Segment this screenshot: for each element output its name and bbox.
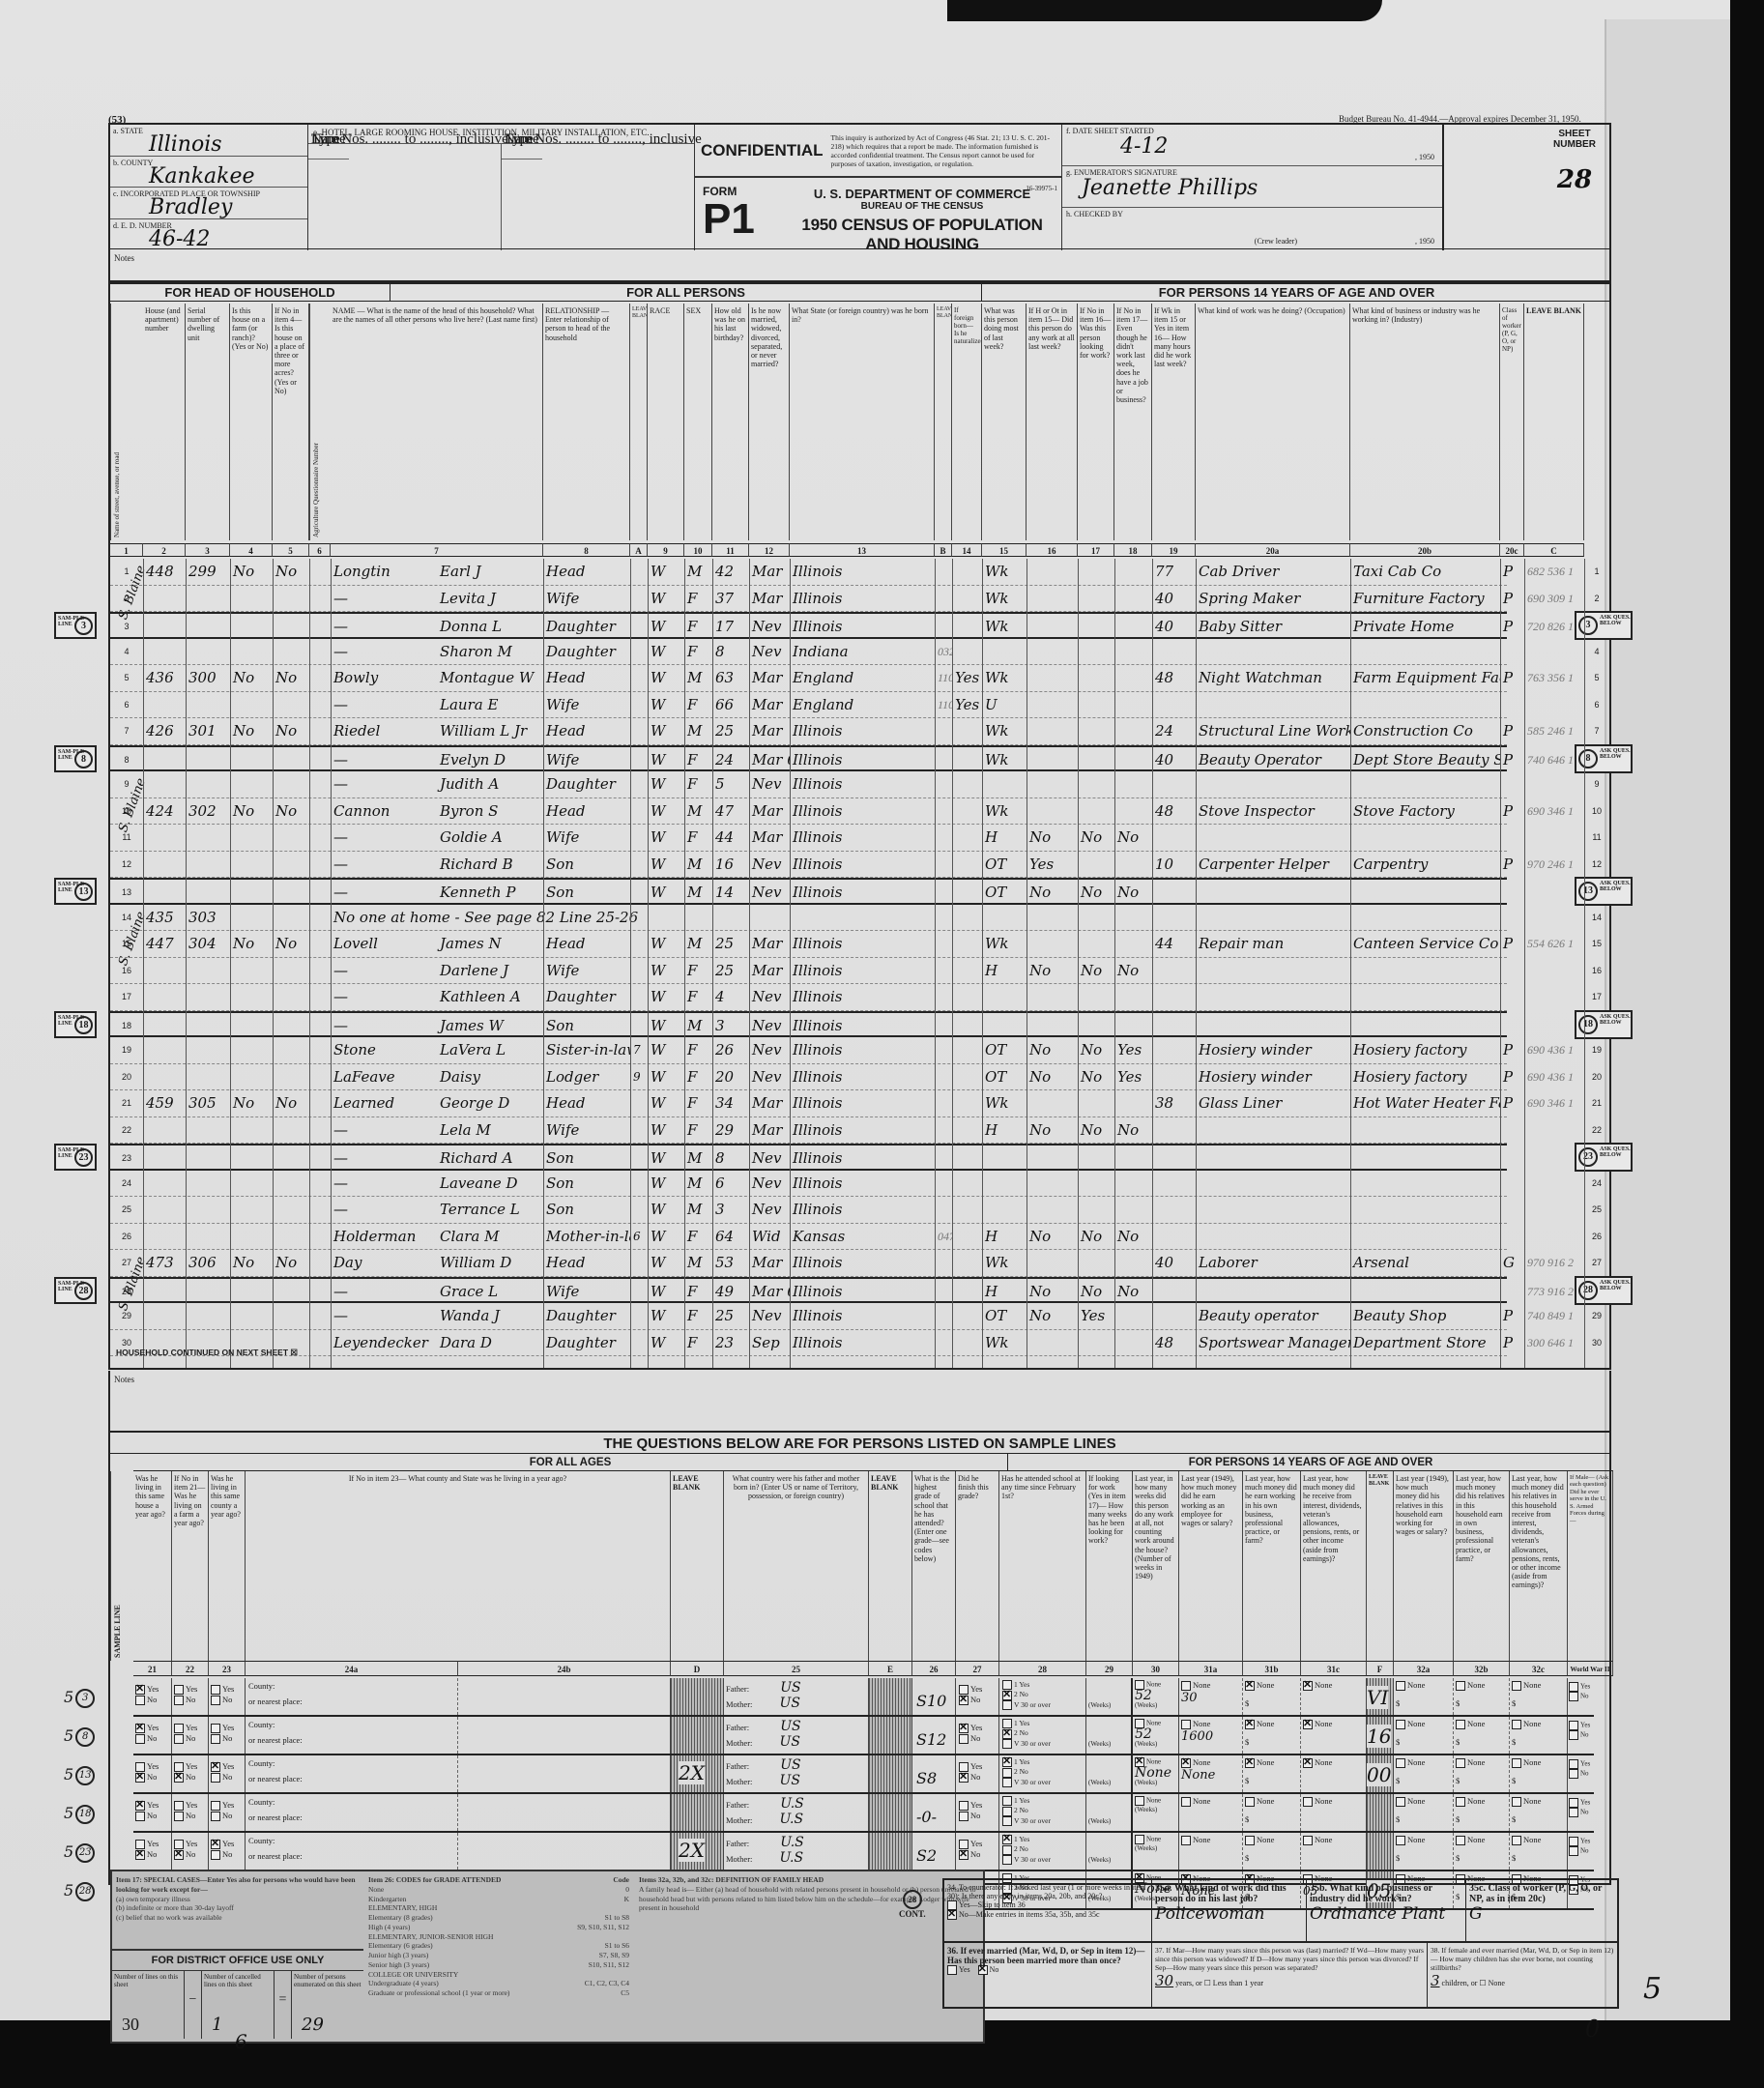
no-checkbox[interactable]	[211, 1850, 220, 1860]
grid-line	[1078, 559, 1079, 1368]
attend-no-checkbox[interactable]	[1002, 1768, 1012, 1778]
yes-checkbox[interactable]	[1569, 1798, 1578, 1808]
none-checkbox[interactable]	[1512, 1681, 1521, 1691]
col29: (Weeks)	[1086, 1678, 1133, 1715]
no-checkbox[interactable]	[135, 1850, 145, 1860]
cell-farm	[230, 1037, 273, 1063]
cell-class: P	[1500, 559, 1524, 585]
col29: (Weeks)	[1086, 1833, 1133, 1870]
none-checkbox[interactable]	[1181, 1836, 1191, 1845]
none-checkbox[interactable]	[1303, 1758, 1313, 1768]
cell-race: W	[648, 747, 684, 770]
cell-age: 16	[712, 852, 749, 878]
attend-yes-checkbox[interactable]	[1002, 1757, 1012, 1767]
cell-race: W	[648, 1330, 684, 1356]
no-checkbox[interactable]	[959, 1850, 969, 1860]
sample-row: 518 YesNo YesNo YesNo County:or nearest …	[133, 1794, 1594, 1833]
table-row: 4—Sharon MDaughterWF8NevIndiana032	[110, 639, 1507, 666]
q38: 38. If female and ever married (Mar, Wd,…	[1428, 1943, 1617, 2009]
no-checkbox[interactable]	[959, 1812, 969, 1821]
cell-first: William D	[437, 1250, 543, 1276]
grid-line	[143, 559, 144, 1368]
none-checkbox[interactable]	[1181, 1681, 1191, 1691]
none-checkbox[interactable]	[1456, 1836, 1465, 1845]
no-checkbox[interactable]	[959, 1696, 969, 1705]
no-checkbox[interactable]	[1569, 1692, 1578, 1701]
attend-no-checkbox[interactable]	[1002, 1845, 1012, 1855]
cell-occupation: Hosiery winder	[1196, 1064, 1350, 1090]
none-checkbox[interactable]	[1303, 1681, 1313, 1691]
sample-line-label: 58	[64, 1717, 108, 1755]
cell-c18: No	[1114, 1224, 1152, 1250]
cell-serial: 306	[186, 1250, 230, 1276]
none-checkbox[interactable]	[1512, 1836, 1521, 1845]
form-title-block: CONFIDENTIAL This inquiry is authorized …	[695, 125, 1062, 250]
yes-checkbox[interactable]	[959, 1724, 969, 1733]
none-checkbox[interactable]	[1181, 1797, 1191, 1807]
cell-house	[143, 1145, 186, 1169]
q36-no-checkbox[interactable]	[978, 1965, 988, 1975]
cell-class	[1500, 1145, 1524, 1169]
cell-b	[935, 1117, 952, 1144]
cell-nat	[952, 1330, 982, 1356]
none-checkbox[interactable]	[1456, 1681, 1465, 1691]
cell-farm	[230, 825, 273, 851]
col24b	[458, 1717, 671, 1754]
cell-nat	[952, 639, 982, 665]
no-checkbox[interactable]	[211, 1812, 220, 1821]
q34-no-checkbox[interactable]	[947, 1910, 957, 1920]
yes-checkbox[interactable]	[211, 1762, 220, 1772]
col22: YesNo	[172, 1794, 209, 1831]
none-checkbox[interactable]	[1456, 1797, 1465, 1807]
col25: Father: USMother: US	[724, 1755, 869, 1792]
cell-c16: Yes	[1027, 852, 1078, 878]
attend-no-checkbox[interactable]	[1002, 1807, 1012, 1816]
table-row: 14435303No one at home - See page 82 Lin…	[110, 905, 1507, 932]
none-checkbox[interactable]	[1181, 1720, 1191, 1729]
no-checkbox[interactable]	[174, 1696, 184, 1705]
cell-code: 970 246 1	[1524, 852, 1584, 878]
grade-codes: Item 26: CODES for GRADE ATTENDEDCode No…	[368, 1875, 629, 1998]
none-checkbox[interactable]	[1396, 1720, 1405, 1729]
col-d-leave-blank	[671, 1794, 724, 1831]
col27: YesNo	[956, 1755, 999, 1792]
cell-race: W	[648, 880, 684, 903]
cell-first: Goldie A	[437, 825, 543, 851]
cell-c17	[1078, 1250, 1114, 1276]
none-checkbox[interactable]	[1135, 1796, 1144, 1806]
cell-first: Montague W	[437, 665, 543, 691]
sample-line-tab: SAM-PLE LINE18	[54, 1011, 97, 1038]
cell-sex: M	[684, 880, 712, 903]
no-checkbox[interactable]	[1569, 1808, 1578, 1817]
none-checkbox[interactable]	[1303, 1797, 1313, 1807]
cell-c17	[1078, 718, 1114, 744]
col28: 1 Yes2 NoV 30 or over	[999, 1755, 1086, 1792]
cell-rel: Mother-in-law	[543, 1224, 630, 1250]
cell-birth: Illinois	[790, 1171, 935, 1197]
yes-checkbox[interactable]	[211, 1724, 220, 1733]
sample-line-tab: SAM-PLE LINE23	[54, 1144, 97, 1171]
none-checkbox[interactable]	[1245, 1797, 1255, 1807]
yes-checkbox[interactable]	[135, 1724, 145, 1733]
none-checkbox[interactable]	[1245, 1720, 1255, 1729]
cell-farm	[230, 880, 273, 903]
col31b: None$	[1243, 1717, 1301, 1754]
cell-code	[1524, 639, 1584, 665]
cell-first: Laveane D	[437, 1171, 543, 1197]
col31c: None	[1301, 1678, 1367, 1715]
cell-marital: Mar	[749, 1250, 790, 1276]
cell-age: 64	[712, 1224, 749, 1250]
cell-occupation	[1196, 958, 1350, 984]
none-checkbox[interactable]	[1512, 1797, 1521, 1807]
cell-occupation: Beauty Operator	[1196, 747, 1350, 770]
no-checkbox[interactable]	[211, 1734, 220, 1744]
none-checkbox[interactable]	[1396, 1836, 1405, 1845]
grade-code-row: Elementary (6 grades)S1 to S6	[368, 1941, 629, 1951]
cell-race: W	[648, 1117, 684, 1144]
cell-first	[437, 905, 543, 931]
attend-30-checkbox[interactable]	[1002, 1816, 1012, 1826]
yes-checkbox[interactable]	[1569, 1837, 1578, 1846]
cell-industry: Hot Water Heater Factory	[1350, 1090, 1500, 1116]
cell-marital: Nev	[749, 1037, 790, 1063]
cell-a	[630, 718, 648, 744]
cell-marital: Mar	[749, 665, 790, 691]
attend-30-checkbox[interactable]	[1002, 1739, 1012, 1749]
cell-occupation: Beauty operator	[1196, 1303, 1350, 1329]
col33-armed-forces: YesNo	[1568, 1794, 1594, 1831]
cell-activity	[982, 905, 1027, 931]
line-number: 29	[110, 1303, 143, 1329]
no-checkbox[interactable]	[135, 1773, 145, 1783]
cell-first: Kathleen A	[437, 984, 543, 1010]
no-checkbox[interactable]	[174, 1773, 184, 1783]
cell-sex: M	[684, 1250, 712, 1276]
none-checkbox[interactable]	[1456, 1758, 1465, 1768]
cell-hours	[1152, 1145, 1196, 1169]
no-checkbox[interactable]	[174, 1850, 184, 1860]
cell-code: 690 346 1	[1524, 1090, 1584, 1116]
cell-nat	[952, 1064, 982, 1090]
none-checkbox[interactable]	[1245, 1836, 1255, 1845]
cell-a	[630, 1171, 648, 1197]
no-checkbox[interactable]	[211, 1696, 220, 1705]
cell-nat	[952, 1224, 982, 1250]
cell-race: W	[648, 1303, 684, 1329]
cell-code: 690 436 1	[1524, 1037, 1584, 1063]
cell-house	[143, 1171, 186, 1197]
q35b: 35b. What kind of business or industry d…	[1307, 1880, 1466, 1941]
cell-code: 740 849 1	[1524, 1303, 1584, 1329]
cell-b: 110	[935, 692, 952, 718]
cell-rel: Sister-in-law	[543, 1037, 630, 1063]
cell-serial	[186, 1303, 230, 1329]
cell-race: W	[648, 1064, 684, 1090]
cell-hours	[1152, 1064, 1196, 1090]
cell-birth: Illinois	[790, 1303, 935, 1329]
cell-rel: Head	[543, 665, 630, 691]
cell-nat	[952, 798, 982, 825]
cell-occupation: Laborer	[1196, 1250, 1350, 1276]
cell-nat	[952, 931, 982, 957]
col21: YesNo	[133, 1717, 172, 1754]
cell-hours	[1152, 905, 1196, 931]
col28: 1 Yes2 NoV 30 or over	[999, 1833, 1086, 1870]
cell-age: 49	[712, 1279, 749, 1302]
right-line-number: 20	[1586, 1072, 1607, 1082]
cell-industry	[1350, 1117, 1500, 1144]
yes-checkbox[interactable]	[1569, 1759, 1578, 1769]
yes-checkbox[interactable]	[211, 1801, 220, 1811]
sample-col-number: 32a	[1394, 1661, 1454, 1676]
col32a: None$	[1394, 1717, 1454, 1754]
cell-race	[648, 905, 684, 931]
cell-birth: Illinois	[790, 931, 935, 957]
lines-count: 30	[122, 2015, 139, 2035]
none-checkbox[interactable]	[1456, 1720, 1465, 1729]
no-checkbox[interactable]	[959, 1773, 969, 1783]
attend-30-checkbox[interactable]	[1002, 1778, 1012, 1787]
cell-sex: F	[684, 614, 712, 637]
none-checkbox[interactable]	[1245, 1758, 1255, 1768]
cell-farm	[230, 1145, 273, 1169]
cell-hours	[1152, 984, 1196, 1010]
cell-c16	[1027, 718, 1078, 744]
no-checkbox[interactable]	[1569, 1730, 1578, 1740]
sample-row: 523 YesNo YesNo YesNo County:or nearest …	[133, 1833, 1594, 1871]
none-checkbox[interactable]	[1135, 1757, 1144, 1767]
no-checkbox[interactable]	[135, 1812, 145, 1821]
col24b	[458, 1755, 671, 1792]
cell-farm	[230, 1224, 273, 1250]
none-checkbox[interactable]	[1135, 1719, 1144, 1728]
cell-age: 42	[712, 559, 749, 585]
attend-30-checkbox[interactable]	[1002, 1855, 1012, 1865]
cell-race: W	[648, 798, 684, 825]
cell-a	[630, 1330, 648, 1356]
county-field: b. COUNTY Kankakee	[110, 157, 307, 188]
cell-c17	[1078, 639, 1114, 665]
no-checkbox[interactable]	[959, 1734, 969, 1744]
col31c: None	[1301, 1794, 1367, 1831]
cell-occupation: Carpenter Helper	[1196, 852, 1350, 878]
sample-col-number: 31c	[1301, 1661, 1367, 1676]
cell-c18	[1114, 586, 1152, 612]
line-number: 2	[110, 586, 143, 612]
sample-line-tab: SAM-PLE LINE3	[54, 612, 97, 639]
cell-c18	[1114, 1171, 1152, 1197]
cell-sex: M	[684, 559, 712, 585]
attend-30-checkbox[interactable]	[1002, 1700, 1012, 1710]
col23: YesNo	[209, 1678, 246, 1715]
cell-hours	[1152, 880, 1196, 903]
grid-line	[1584, 559, 1585, 1368]
cell-acres	[273, 771, 309, 797]
cell-activity	[982, 1171, 1027, 1197]
col24a: County:or nearest place:	[246, 1755, 458, 1792]
yes-checkbox[interactable]	[174, 1724, 184, 1733]
right-line-number: 5	[1586, 673, 1607, 682]
cell-rel: Son	[543, 1197, 630, 1223]
cell-marital: Mar	[749, 586, 790, 612]
cell-activity: OT	[982, 880, 1027, 903]
table-row: 19StoneLaVera LSister-in-law7WF26NevIlli…	[110, 1037, 1507, 1064]
cell-occupation	[1196, 1279, 1350, 1302]
grid-line	[331, 559, 332, 1368]
cell-code: 970 916 2	[1524, 1250, 1584, 1276]
none-checkbox[interactable]	[1396, 1758, 1405, 1768]
cell-c18: No	[1114, 825, 1152, 851]
cell-sex: F	[684, 1117, 712, 1144]
right-line-number: 16	[1586, 966, 1607, 975]
cell-c16	[1027, 559, 1078, 585]
none-checkbox[interactable]	[1396, 1797, 1405, 1807]
cell-birth: Illinois	[790, 1250, 935, 1276]
cell-marital: Nev	[749, 1197, 790, 1223]
cell-sex: F	[684, 1303, 712, 1329]
cell-birth: Illinois	[790, 718, 935, 744]
no-checkbox[interactable]	[1569, 1769, 1578, 1779]
cell-last: Cannon	[331, 798, 437, 825]
cell-activity: Wk	[982, 798, 1027, 825]
cell-birth: Indiana	[790, 639, 935, 665]
line-number: 10	[110, 798, 143, 825]
attend-no-checkbox[interactable]	[1002, 1691, 1012, 1700]
cell-first: Richard B	[437, 852, 543, 878]
none-checkbox[interactable]	[1135, 1680, 1144, 1690]
cell-a	[630, 1145, 648, 1169]
col26-grade: S8	[912, 1755, 956, 1792]
col29: (Weeks)	[1086, 1755, 1133, 1792]
no-checkbox[interactable]	[174, 1812, 184, 1821]
q35c: 35c. Class of worker (P, G, O, or NP, as…	[1466, 1880, 1617, 1941]
table-row: 11—Goldie AWifeWF44MarIllinoisHNoNoNo	[110, 825, 1507, 852]
none-checkbox[interactable]	[1512, 1720, 1521, 1729]
attend-yes-checkbox[interactable]	[1002, 1796, 1012, 1806]
cell-class: P	[1500, 665, 1524, 691]
enumerator-signature-field: g. ENUMERATOR'S SIGNATURE Jeanette Phill…	[1062, 166, 1442, 208]
col31c: None	[1301, 1717, 1367, 1754]
q36-yes-checkbox[interactable]	[947, 1965, 957, 1975]
cell-birth: Illinois	[790, 1013, 935, 1036]
cell-nat	[952, 614, 982, 637]
cell-class: P	[1500, 931, 1524, 957]
yes-checkbox[interactable]	[211, 1840, 220, 1849]
cell-c18	[1114, 1303, 1152, 1329]
no-checkbox[interactable]	[211, 1773, 220, 1783]
cell-occupation	[1196, 1171, 1350, 1197]
table-row: 1448299NoNoLongtinEarl JHeadWM42MarIllin…	[110, 559, 1507, 586]
cell-c17	[1078, 931, 1114, 957]
cell-c17	[1078, 905, 1114, 931]
none-checkbox[interactable]	[1512, 1758, 1521, 1768]
none-checkbox[interactable]	[1245, 1681, 1255, 1691]
cell-rel: Wife	[543, 1279, 630, 1302]
sheet-number: 28	[1541, 165, 1608, 194]
cell-first: Terrance L	[437, 1197, 543, 1223]
grid-line	[1196, 559, 1197, 1368]
yes-checkbox[interactable]	[1569, 1721, 1578, 1730]
none-checkbox[interactable]	[1396, 1681, 1405, 1691]
sample-row: 58 YesNo YesNo YesNo County:or nearest p…	[133, 1717, 1594, 1755]
cell-marital: Mar 6	[749, 1279, 790, 1302]
cell-age: 8	[712, 1145, 749, 1169]
sample-col-number: 31a	[1179, 1661, 1243, 1676]
line-number: 16	[110, 958, 143, 984]
cell-a	[630, 798, 648, 825]
none-checkbox[interactable]	[1181, 1758, 1191, 1768]
cell-last: —	[331, 1171, 437, 1197]
col25: Father: USMother: US	[724, 1678, 869, 1715]
cell-c18	[1114, 747, 1152, 770]
yes-checkbox[interactable]	[1569, 1682, 1578, 1692]
cell-marital: Mar 6	[749, 747, 790, 770]
cell-a	[630, 905, 648, 931]
cell-sex: M	[684, 665, 712, 691]
no-checkbox[interactable]	[135, 1734, 145, 1744]
q36: 36. If ever married (Mar, Wd, D, or Sep …	[944, 1943, 1152, 2009]
yes-checkbox[interactable]	[135, 1685, 145, 1695]
cell-birth: Illinois	[790, 559, 935, 585]
cell-acres	[273, 1171, 309, 1197]
no-checkbox[interactable]	[1569, 1846, 1578, 1856]
cell-acres	[273, 639, 309, 665]
cell-last: Leyendecker	[331, 1330, 437, 1356]
cell-industry: Private Home	[1350, 614, 1500, 637]
cell-acres: No	[273, 1090, 309, 1116]
grid-line	[1027, 559, 1027, 1368]
grid-line	[630, 559, 631, 1368]
cell-acres	[273, 880, 309, 903]
sample-section-title: THE QUESTIONS BELOW ARE FOR PERSONS LIST…	[110, 1431, 1609, 1454]
yes-checkbox[interactable]	[135, 1801, 145, 1811]
cell-race: W	[648, 718, 684, 744]
cell-c18	[1114, 852, 1152, 878]
cell-marital: Mar	[749, 1090, 790, 1116]
attend-no-checkbox[interactable]	[1002, 1729, 1012, 1739]
yes-checkbox[interactable]	[174, 1685, 184, 1695]
cell-c17	[1078, 614, 1114, 637]
col-e-leave-blank	[869, 1678, 912, 1715]
yes-checkbox[interactable]	[211, 1685, 220, 1695]
cell-last: —	[331, 771, 437, 797]
cell-b	[935, 1037, 952, 1063]
cell-nat	[952, 1279, 982, 1302]
cell-birth: Illinois	[790, 1330, 935, 1356]
cell-b	[935, 559, 952, 585]
cell-code	[1524, 1117, 1584, 1144]
attend-yes-checkbox[interactable]	[1002, 1835, 1012, 1844]
none-checkbox[interactable]	[1303, 1720, 1313, 1729]
none-checkbox[interactable]	[1303, 1836, 1313, 1845]
line-number: 13	[110, 880, 143, 903]
none-checkbox[interactable]	[1135, 1835, 1144, 1844]
cell-industry: Department Store	[1350, 1330, 1500, 1356]
yes-checkbox[interactable]	[959, 1801, 969, 1811]
cell-c17	[1078, 1145, 1114, 1169]
right-line-number: 19	[1586, 1045, 1607, 1055]
no-checkbox[interactable]	[174, 1734, 184, 1744]
cell-first: Lela M	[437, 1117, 543, 1144]
no-checkbox[interactable]	[135, 1696, 145, 1705]
line-number: 12	[110, 852, 143, 878]
yes-checkbox[interactable]	[174, 1801, 184, 1811]
cell-acres	[273, 1037, 309, 1063]
cell-a	[630, 771, 648, 797]
